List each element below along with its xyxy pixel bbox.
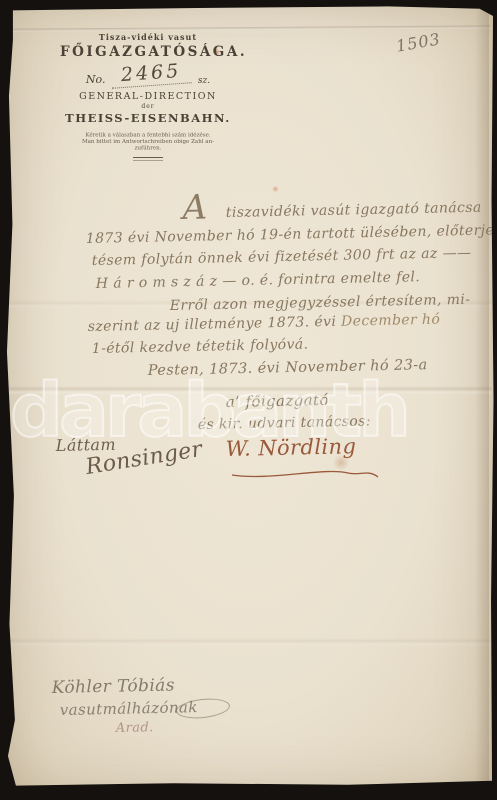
vertical-fold-shadow	[475, 8, 489, 792]
letterhead-german-title: GENERAL-DIRECTION	[60, 91, 236, 102]
scanned-document-photo: Tisza-vidéki vasut FŐIGAZGATÓSÁGA. No. 2…	[0, 0, 497, 800]
letterhead-divider	[133, 157, 163, 161]
body-line-part: szerint az uj illetménye 1873. évi	[88, 314, 342, 335]
signature-flourish	[230, 465, 380, 483]
body-line: szerint az uj illetménye 1873. évi Decem…	[88, 312, 441, 335]
document-number: 2465	[111, 59, 193, 89]
body-line: tiszavidéki vasút igazgató tanácsa	[226, 200, 482, 221]
letterhead-title: FŐIGAZGATÓSÁGA.	[60, 44, 236, 60]
body-line: 1873 évi November hó 19-én tartott ülésé…	[86, 222, 497, 247]
body-line: 1-étől kezdve tétetik folyóvá.	[92, 336, 309, 357]
letterhead-company: Tisza-vidéki vasut	[60, 32, 236, 42]
number-suffix: sz.	[198, 76, 210, 86]
document-number-row: No. 2465 sz.	[60, 64, 236, 86]
pencil-annotation: 1503	[395, 29, 442, 55]
document-paper: Tisza-vidéki vasut FŐIGAZGATÓSÁGA. No. 2…	[0, 0, 497, 800]
body-line: tésem folytán önnek évi fizetését 300 fr…	[92, 245, 472, 269]
body-line: H á r o m s z á z — o. é. forintra emelt…	[96, 269, 421, 292]
signer-title-1: a’ főigazgató	[226, 391, 329, 411]
body-line-part: December hó	[341, 312, 440, 330]
letterhead-fineprint: Kéretik a válaszban a fentebbi szám idéz…	[67, 132, 229, 151]
dateline: Pesten, 1873. évi November hó 23-a	[148, 357, 428, 379]
addressee-city: Arad.	[116, 720, 154, 736]
signer-title-2: és kir. udvari tanácsos:	[198, 413, 371, 433]
letterhead-stamp: Tisza-vidéki vasut FŐIGAZGATÓSÁGA. No. 2…	[60, 32, 236, 161]
fineprint-line: zuführen.	[67, 145, 229, 151]
letterhead-german-name: THEISS-EISENBAHN.	[60, 111, 236, 125]
paper-fold-edge	[10, 25, 490, 31]
director-signature: W. Nördling	[225, 434, 356, 461]
body-line: Erről azon megjegyzéssel értesítem, mi-	[170, 292, 471, 314]
ink-speck	[272, 186, 279, 192]
body-initial: A	[182, 187, 208, 228]
addressee-name: Köhler Tóbiás	[52, 675, 175, 698]
letterhead-german-der: der	[60, 103, 236, 110]
number-label: No.	[86, 73, 106, 86]
horizontal-crease	[5, 638, 492, 647]
